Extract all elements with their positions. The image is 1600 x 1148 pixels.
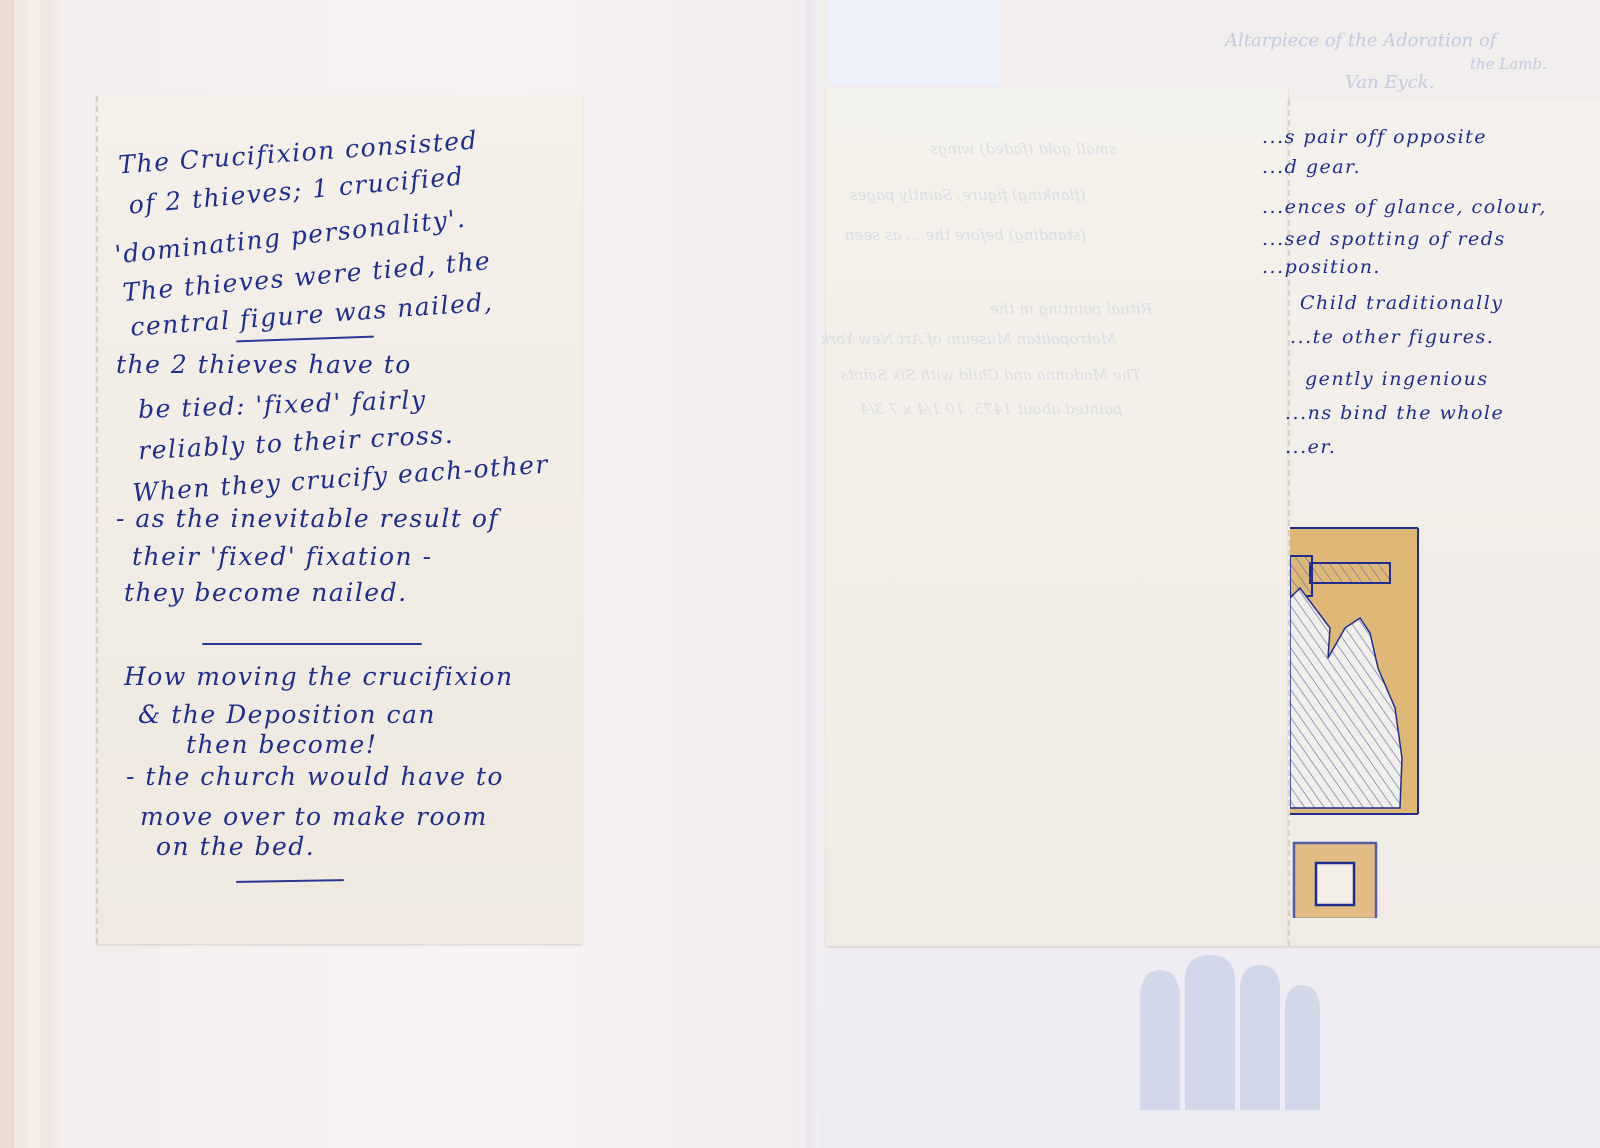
note-line: - the church would have to — [126, 762, 504, 791]
note-line: & the Deposition can — [138, 700, 436, 729]
tissue-insert — [828, 0, 1000, 86]
note-line: ...position. — [1262, 256, 1381, 278]
bleed-through-line: (flanking) figure, Saintly pages — [850, 186, 1086, 204]
page-edge — [14, 0, 29, 1148]
divider-line — [202, 643, 422, 645]
note-line: they become nailed. — [124, 578, 408, 607]
note-line: Child traditionally — [1300, 292, 1504, 314]
bleed-through-line: painted about 1475. 10 1/4 x 7 3/4 — [860, 400, 1122, 418]
note-line: How moving the crucifixion — [124, 662, 514, 691]
note-line: ...sed spotting of reds — [1262, 228, 1506, 250]
note-line: ...er. — [1285, 436, 1336, 458]
page-edge — [0, 0, 15, 1148]
faint-title-line2: the Lamb. — [1470, 55, 1547, 73]
bleed-through-arches — [1120, 940, 1320, 1110]
note-line: on the bed. — [156, 832, 315, 861]
note-line: the 2 thieves have to — [116, 350, 412, 379]
note-line: - as the inevitable result of — [116, 504, 499, 533]
bleed-through-line: The Madonna and Child with Six Saints — [840, 366, 1141, 384]
note-line: ...s pair off opposite — [1262, 126, 1487, 148]
note-line: ...d gear. — [1262, 156, 1361, 178]
bleed-through-line: (standing) before the ... as seen — [845, 226, 1086, 244]
note-line: then become! — [186, 730, 377, 759]
altarpiece-sketch — [1290, 508, 1420, 918]
note-line: ...te other figures. — [1290, 326, 1494, 348]
note-line: gently ingenious — [1305, 368, 1489, 390]
note-line: their 'fixed' fixation - — [132, 542, 433, 571]
note-line: ...ns bind the whole — [1285, 402, 1504, 424]
faint-title-line3: Van Eyck. — [1345, 72, 1434, 93]
middle-folded-sheet — [826, 88, 1288, 946]
note-line: ...ences of glance, colour, — [1262, 196, 1547, 218]
note-line: move over to make room — [140, 802, 488, 831]
bleed-through-line: Metropolitan Museum of Art New York — [820, 330, 1116, 348]
bleed-through-line: Ritual painting in the — [990, 300, 1152, 318]
bleed-through-line: small gold (faded) wings — [930, 140, 1117, 158]
faint-title-line1: Altarpiece of the Adoration of — [1225, 30, 1496, 51]
